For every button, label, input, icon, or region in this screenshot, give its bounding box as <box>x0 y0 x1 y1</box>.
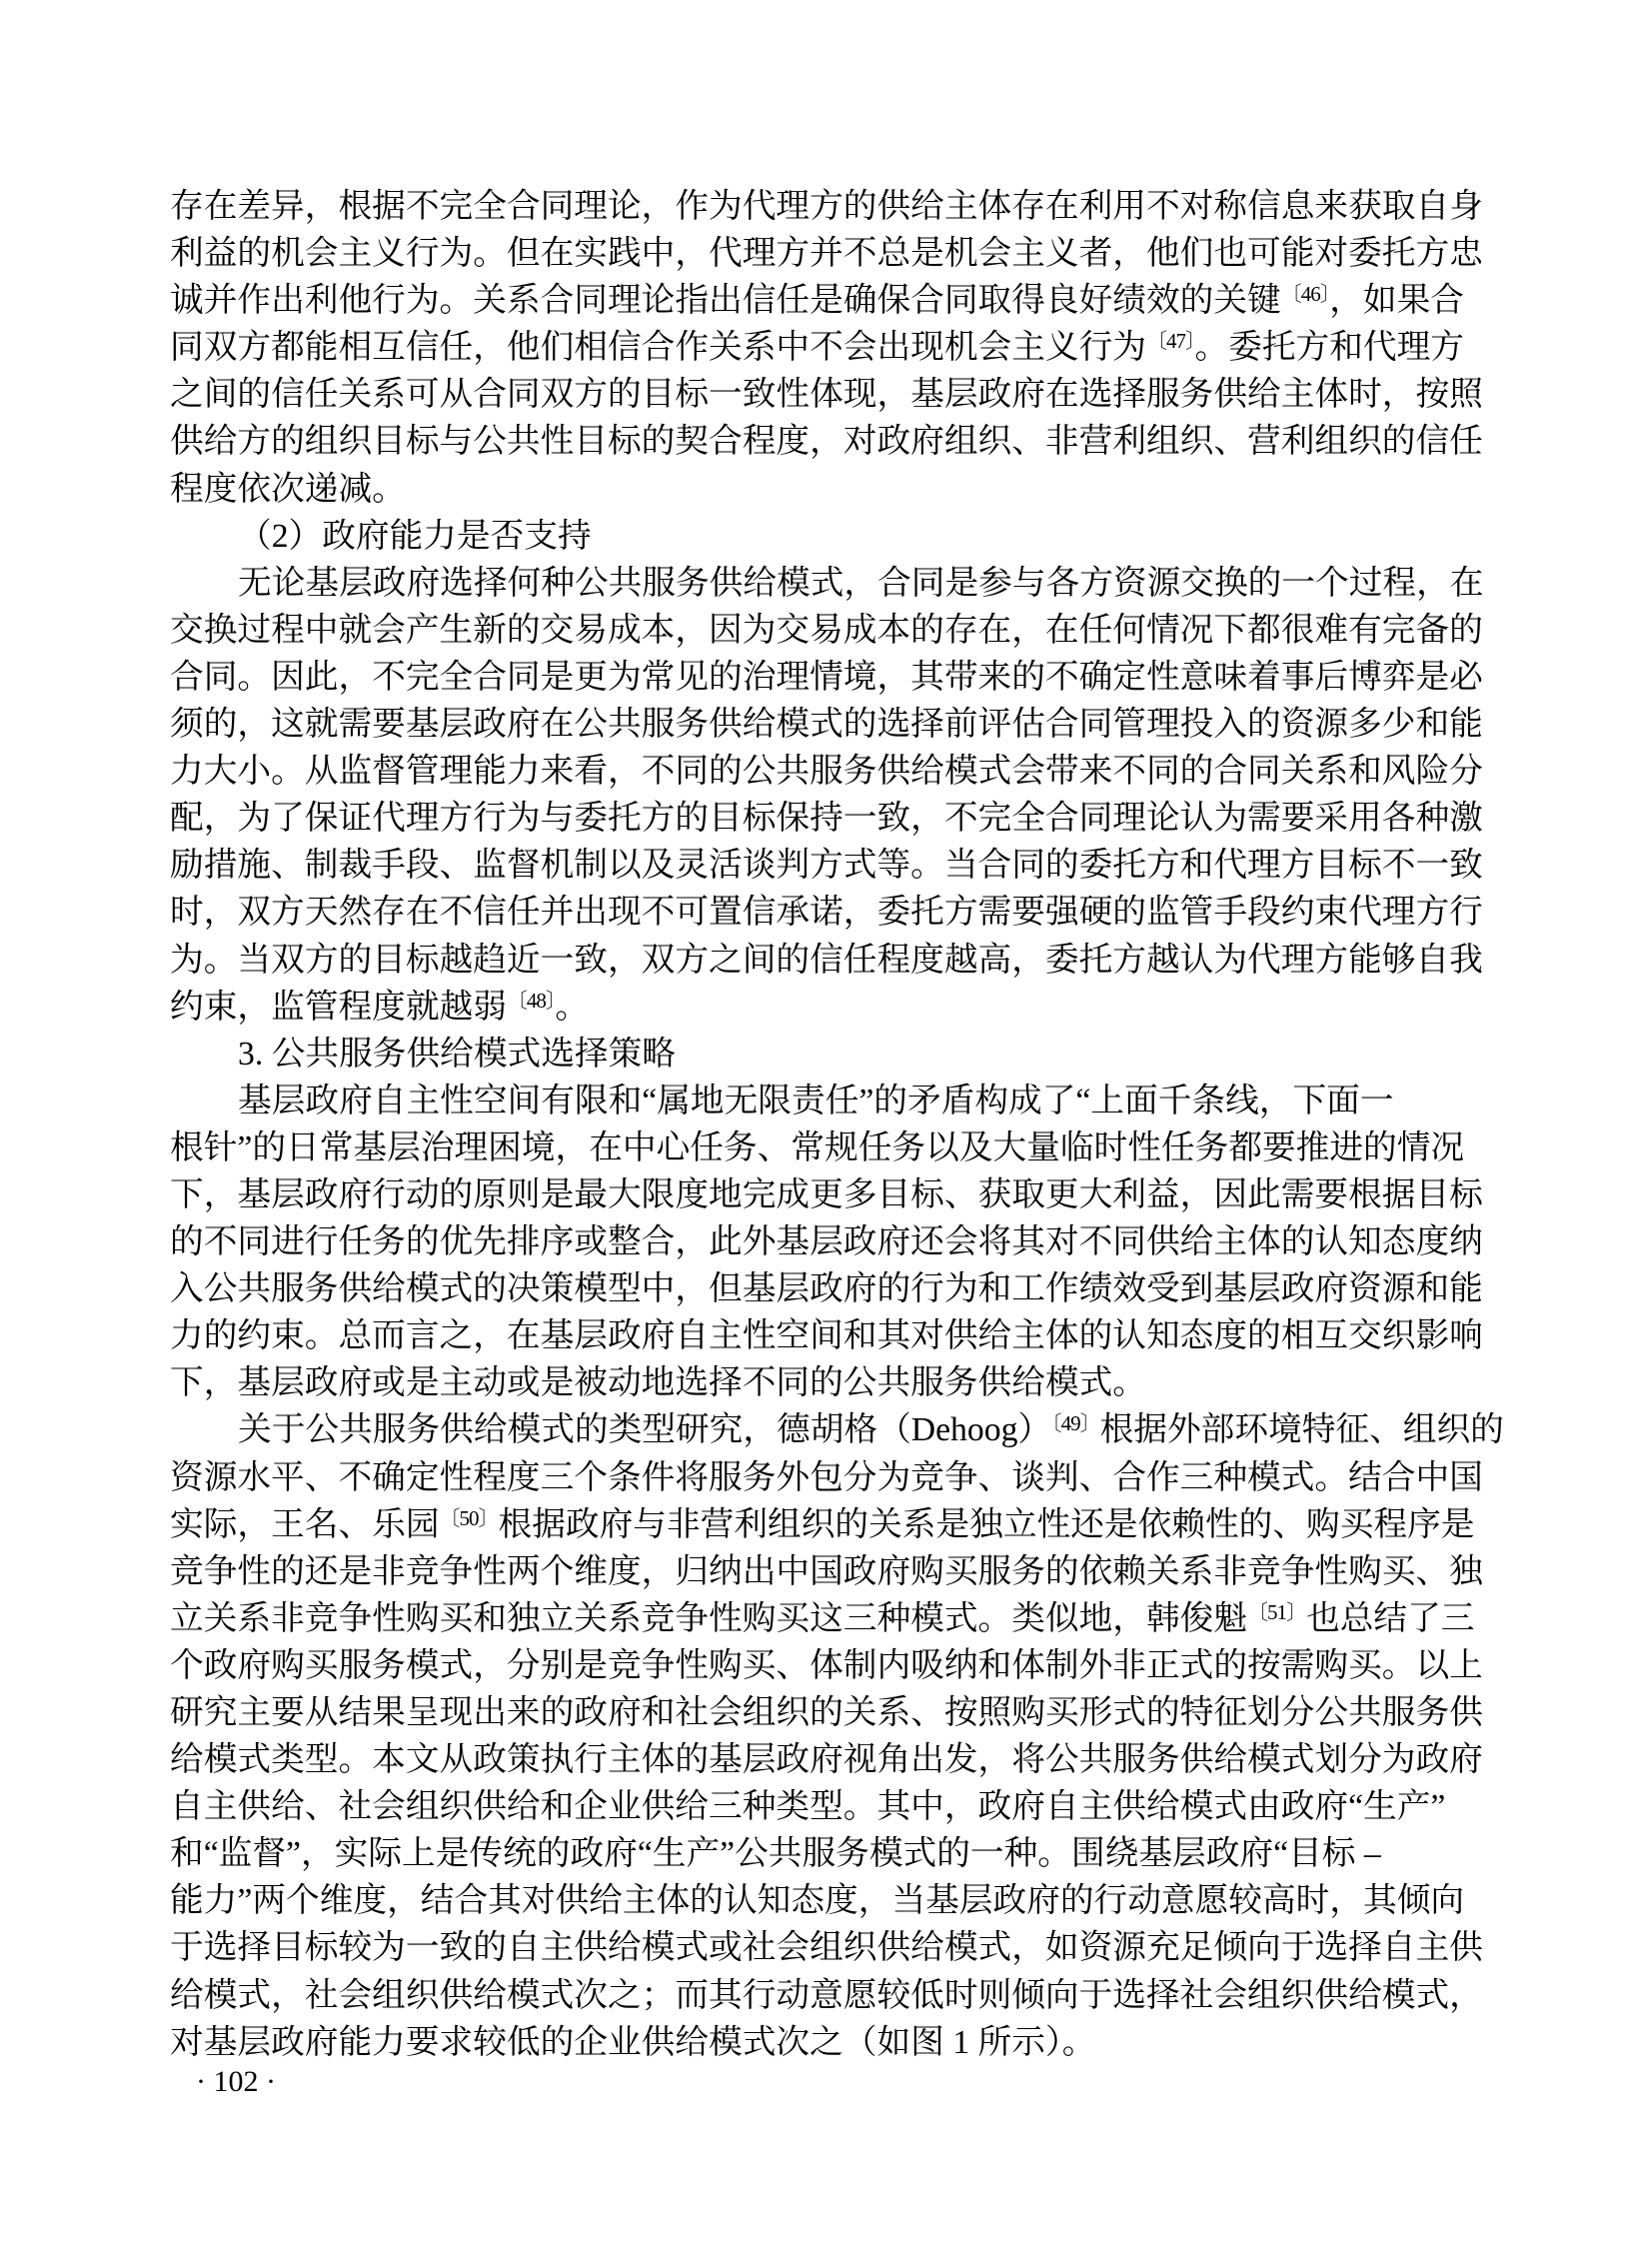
citation-marker: 〔47〕 <box>1146 329 1195 353</box>
text-line: 入公共服务供给模式的决策模型中，但基层政府的行为和工作绩效受到基层政府资源和能 <box>170 1265 1495 1312</box>
text-line: 无论基层政府选择何种公共服务供给模式，合同是参与各方资源交换的一个过程，在 <box>170 560 1495 607</box>
text-line: 和“监督”，实际上是传统的政府“生产”公共服务模式的一种。围绕基层政府“目标 – <box>170 1830 1495 1877</box>
text-line: 的不同进行任务的优先排序或整合，此外基层政府还会将其对不同供给主体的认知态度纳 <box>170 1218 1495 1265</box>
text-line: 下，基层政府行动的原则是最大限度地完成更多目标、获取更大利益，因此需要根据目标 <box>170 1171 1495 1218</box>
text-line: 力的约束。总而言之，在基层政府自主性空间和其对供给主体的认知态度的相互交织影响 <box>170 1312 1495 1359</box>
text-line: 合同。因此，不完全合同是更为常见的治理情境，其带来的不确定性意味着事后博弈是必 <box>170 654 1495 701</box>
text-line: 竞争性的还是非竞争性两个维度，归纳出中国政府购买服务的依赖关系非竞争性购买、独 <box>170 1548 1495 1595</box>
paragraph: 关于公共服务供给模式的类型研究，德胡格（Dehoog）〔49〕根据外部环境特征、… <box>170 1406 1495 2065</box>
article-body: 存在差异，根据不完全合同理论，作为代理方的供给主体存在利用不对称信息来获取自身利… <box>170 183 1495 2066</box>
text-line: 力大小。从监督管理能力来看，不同的公共服务供给模式会带来不同的合同关系和风险分 <box>170 748 1495 795</box>
text-line: 同双方都能相互信任，他们相信合作关系中不会出现机会主义行为〔47〕。委托方和代理… <box>170 324 1495 371</box>
text-line: 资源水平、不确定性程度三个条件将服务外包分为竞争、谈判、合作三种模式。结合中国 <box>170 1454 1495 1501</box>
text-line: 配，为了保证代理方行为与委托方的目标保持一致，不完全合同理论认为需要采用各种激 <box>170 795 1495 842</box>
citation-marker: 〔46〕 <box>1281 282 1330 306</box>
text-line: 下，基层政府或是主动或是被动地选择不同的公共服务供给模式。 <box>170 1359 1495 1406</box>
text-line: 自主供给、社会组织供给和企业供给三种类型。其中，政府自主供给模式由政府“生产” <box>170 1783 1495 1830</box>
text-line: 须的，这就需要基层政府在公共服务供给模式的选择前评估合同管理投入的资源多少和能 <box>170 701 1495 748</box>
text-line: 研究主要从结果呈现出来的政府和社会组织的关系、按照购买形式的特征划分公共服务供 <box>170 1689 1495 1736</box>
heading-line: 3. 公共服务供给模式选择策略 <box>170 1031 1495 1078</box>
text-line: 存在差异，根据不完全合同理论，作为代理方的供给主体存在利用不对称信息来获取自身 <box>170 183 1495 230</box>
text-line: 利益的机会主义行为。但在实践中，代理方并不总是机会主义者，他们也可能对委托方忠 <box>170 230 1495 277</box>
text-line: 约束，监管程度就越弱〔48〕。 <box>170 984 1495 1031</box>
section-heading: 3. 公共服务供给模式选择策略 <box>170 1031 1495 1078</box>
paragraph: 基层政府自主性空间有限和“属地无限责任”的矛盾构成了“上面千条线，下面一根针”的… <box>170 1078 1495 1407</box>
section-heading: （2）政府能力是否支持 <box>170 513 1495 560</box>
text-line: 于选择目标较为一致的自主供给模式或社会组织供给模式，如资源充足倾向于选择自主供 <box>170 1924 1495 1971</box>
citation-marker: 〔51〕 <box>1247 1600 1306 1624</box>
text-line: 程度依次递减。 <box>170 466 1495 513</box>
heading-line: （2）政府能力是否支持 <box>170 513 1495 560</box>
paragraph: 无论基层政府选择何种公共服务供给模式，合同是参与各方资源交换的一个过程，在交换过… <box>170 560 1495 1031</box>
text-line: 个政府购买服务模式，分别是竞争性购买、体制内吸纳和体制外非正式的按需购买。以上 <box>170 1642 1495 1689</box>
text-line: 实际，王名、乐园〔50〕根据政府与非营利组织的关系是独立性还是依赖性的、购买程序… <box>170 1501 1495 1548</box>
citation-marker: 〔49〕 <box>1051 1411 1100 1435</box>
text-line: 诚并作出利他行为。关系合同理论指出信任是确保合同取得良好绩效的关键〔46〕，如果… <box>170 277 1495 324</box>
citation-marker: 〔50〕 <box>440 1506 499 1530</box>
text-line: 时，双方天然存在不信任并出现不可置信承诺，委托方需要强硬的监管手段约束代理方行 <box>170 889 1495 936</box>
text-line: 给模式类型。本文从政策执行主体的基层政府视角出发，将公共服务供给模式划分为政府 <box>170 1736 1495 1783</box>
text-line: 励措施、制裁手段、监督机制以及灵活谈判方式等。当合同的委托方和代理方目标不一致 <box>170 842 1495 889</box>
text-line: 关于公共服务供给模式的类型研究，德胡格（Dehoog）〔49〕根据外部环境特征、… <box>170 1406 1495 1453</box>
text-line: 根针”的日常基层治理困境，在中心任务、常规任务以及大量临时性任务都要推进的情况 <box>170 1124 1495 1171</box>
text-line: 基层政府自主性空间有限和“属地无限责任”的矛盾构成了“上面千条线，下面一 <box>170 1078 1495 1124</box>
citation-marker: 〔48〕 <box>507 989 556 1013</box>
text-line: 之间的信任关系可从合同双方的目标一致性体现，基层政府在选择服务供给主体时，按照 <box>170 371 1495 418</box>
text-line: 供给方的组织目标与公共性目标的契合程度，对政府组织、非营利组织、营利组织的信任 <box>170 418 1495 465</box>
text-line: 立关系非竞争性购买和独立关系竞争性购买这三种模式。类似地，韩俊魁〔51〕也总结了… <box>170 1595 1495 1642</box>
page-number: · 102 · <box>196 2065 276 2099</box>
paragraph: 存在差异，根据不完全合同理论，作为代理方的供给主体存在利用不对称信息来获取自身利… <box>170 183 1495 513</box>
text-line: 给模式，社会组织供给模式次之；而其行动意愿较低时则倾向于选择社会组织供给模式， <box>170 1972 1495 2019</box>
text-line: 为。当双方的目标越趋近一致，双方之间的信任程度越高，委托方越认为代理方能够自我 <box>170 937 1495 984</box>
text-line: 能力”两个维度，结合其对供给主体的认知态度，当基层政府的行动意愿较高时，其倾向 <box>170 1877 1495 1924</box>
text-line: 交换过程中就会产生新的交易成本，因为交易成本的存在，在任何情况下都很难有完备的 <box>170 607 1495 654</box>
text-line: 对基层政府能力要求较低的企业供给模式次之（如图 1 所示）。 <box>170 2019 1495 2066</box>
document-page: 存在差异，根据不完全合同理论，作为代理方的供给主体存在利用不对称信息来获取自身利… <box>0 0 1652 2243</box>
